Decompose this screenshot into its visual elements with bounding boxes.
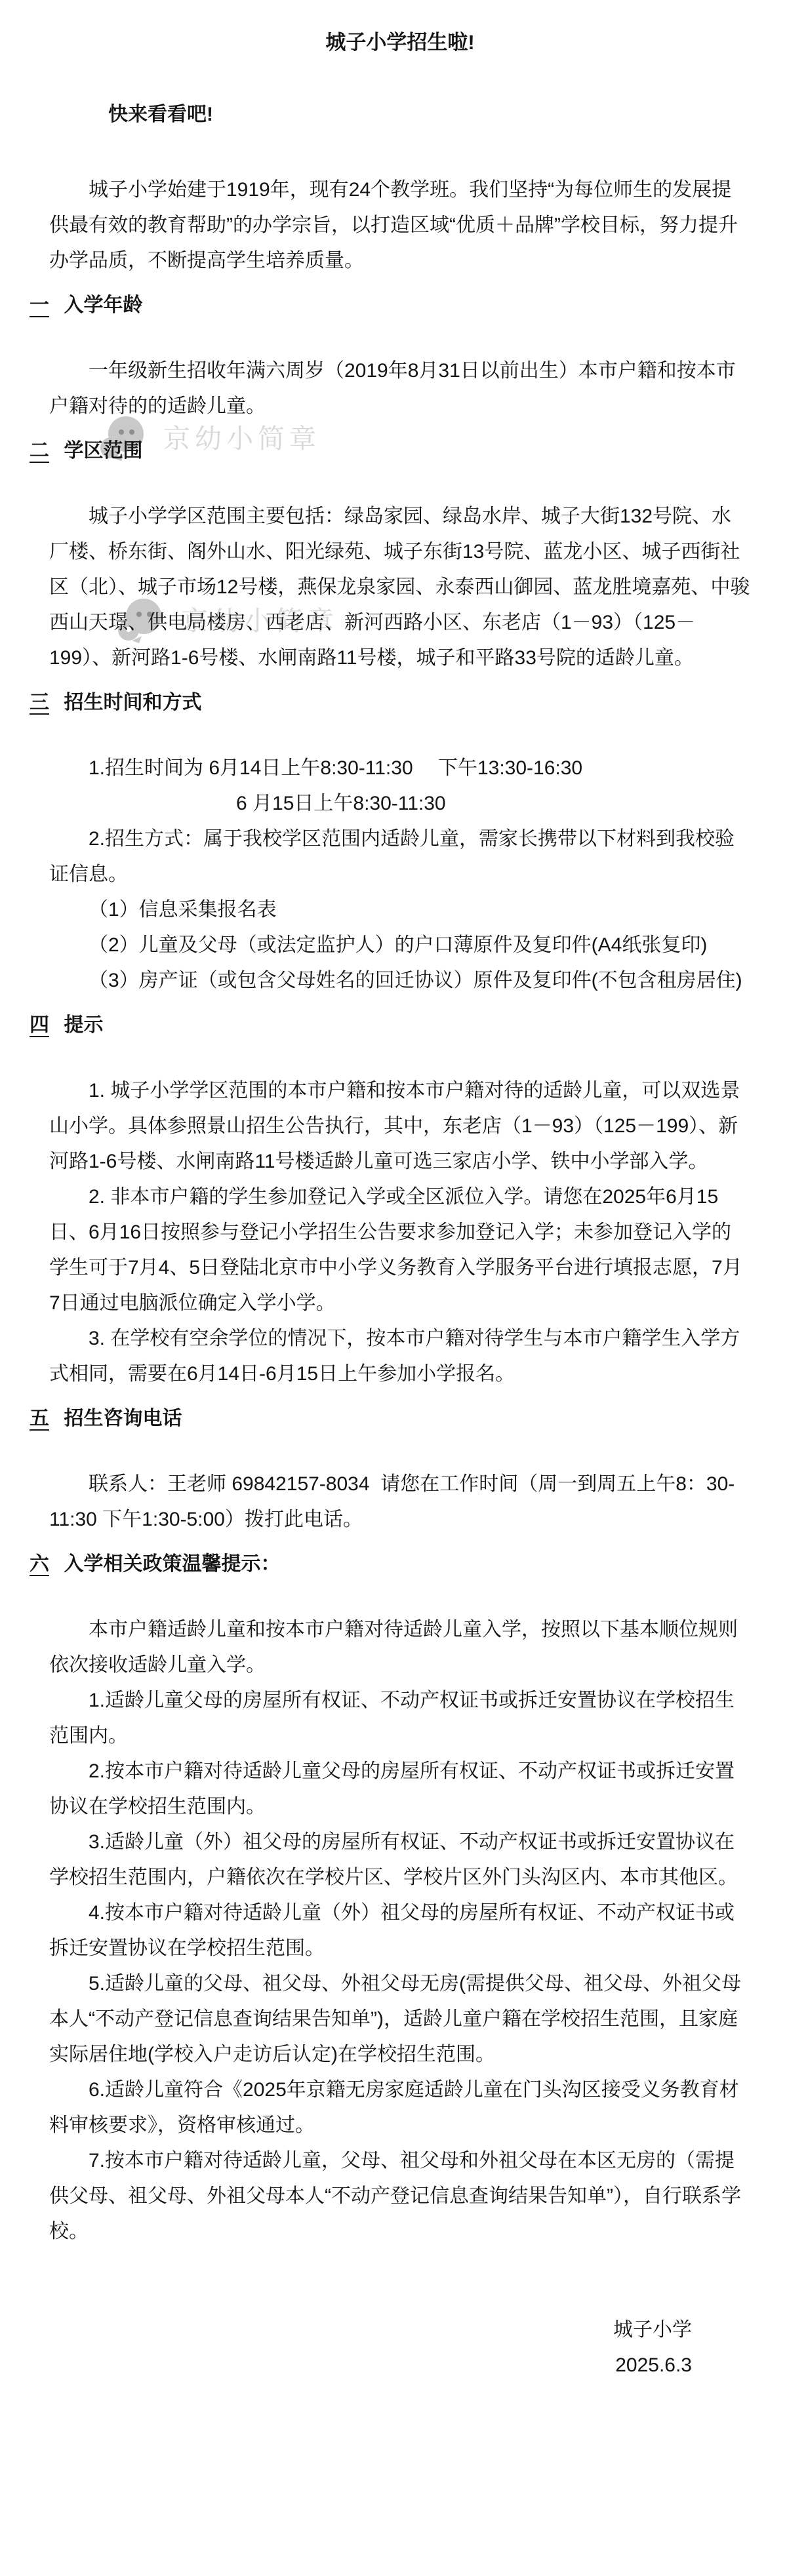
section-2-heading: 京幼小简章 二学区范围 (30, 433, 751, 469)
section-2-body: 城子小学学区范围主要包括：绿岛家园、绿岛水岸、城子大街132号院、水厂楼、桥东街… (49, 499, 751, 676)
section-1-heading: 一入学年龄 (30, 288, 751, 323)
policy-item-4: 4.按本市户籍对待适龄儿童（外）祖父母的房屋所有权证、不动产权证书或拆迁安置协议… (49, 1895, 751, 1966)
policy-item-5: 5.适龄儿童的父母、祖父母、外祖父母无房(需提供父母、祖父母、外祖父母本人“不动… (49, 1966, 751, 2072)
section-5-number: 五 (30, 1408, 49, 1429)
section-3-heading: 三招生时间和方式 (30, 685, 751, 721)
section-6-heading: 六入学相关政策温馨提示： (30, 1547, 751, 1582)
section-1-body: 一年级新生招收年满六周岁（2019年8月31日以前出生）本市户籍和按本市户籍对待… (49, 353, 751, 424)
enrollment-time-line-1: 1.招生时间为 6月14日上午8:30-11:30 下午13:30-16:30 (49, 751, 751, 786)
policy-item-7: 7.按本市户籍对待适龄儿童，父母、祖父母和外祖父母在本区无房的（需提供父母、祖父… (49, 2143, 751, 2249)
page-title: 城子小学招生啦! (49, 25, 751, 60)
section-3-number: 三 (30, 692, 49, 713)
policy-item-3: 3.适龄儿童（外）祖父母的房屋所有权证、不动产权证书或拆迁安置协议在学校招生范围… (49, 1825, 751, 1895)
section-3-title: 招生时间和方式 (64, 692, 202, 713)
tip-item-3: 3. 在学校有空余学位的情况下，按本市户籍对待学生与本市户籍学生入学方式相同，需… (49, 1321, 751, 1392)
announcement-document: 城子小学招生啦! 快来看看吧! 城子小学始建于1919年，现有24个教学班。我们… (0, 0, 787, 2434)
material-item-1: （1）信息采集报名表 (49, 892, 751, 928)
policy-item-6: 6.适龄儿童符合《2025年京籍无房家庭适龄儿童在门头沟区接受义务教育材料审核要… (49, 2072, 751, 2143)
section-2-body-wrap: 京幼小简章 城子小学学区范围主要包括：绿岛家园、绿岛水岸、城子大街132号院、水… (49, 499, 751, 676)
section-6-number: 六 (30, 1553, 49, 1575)
section-2-title: 学区范围 (64, 440, 143, 462)
section-1-title: 入学年龄 (64, 294, 143, 316)
policy-item-2: 2.按本市户籍对待适龄儿童父母的房屋所有权证、不动产权证书或拆迁安置协议在学校招… (49, 1754, 751, 1825)
material-item-2: （2）儿童及父母（或法定监护人）的户口薄原件及复印件(A4纸张复印) (49, 928, 751, 963)
section-2-number: 二 (30, 440, 49, 462)
section-5-heading: 五招生咨询电话 (30, 1401, 751, 1437)
section-6-title: 入学相关政策温馨提示： (64, 1553, 281, 1575)
section-4-title: 提示 (64, 1014, 104, 1036)
contact-info: 联系人：王老师 69842157-8034 请您在工作时间（周一到周五上午8：3… (49, 1467, 751, 1537)
section-4-number: 四 (30, 1014, 49, 1036)
policy-intro: 本市户籍适龄儿童和按本市户籍对待适龄儿童入学，按照以下基本顺位规则依次接收适龄儿… (49, 1612, 751, 1683)
material-item-3: （3）房产证（或包含父母姓名的回迁协议）原件及复印件(不包含租房居住) (49, 963, 751, 999)
greeting-line: 快来看看吧! (49, 97, 751, 132)
section-1-number: 一 (30, 294, 49, 316)
signature-school: 城子小学 (49, 2312, 692, 2348)
policy-item-1: 1.适龄儿童父母的房屋所有权证、不动产权证书或拆迁安置协议在学校招生范围内。 (49, 1683, 751, 1754)
signature-block: 城子小学 2025.6.3 (49, 2312, 751, 2383)
tip-item-1: 1. 城子小学学区范围的本市户籍和按本市户籍对待的适龄儿童，可以双选景山小学。具… (49, 1073, 751, 1179)
enrollment-method: 2.招生方式：属于我校学区范围内适龄儿童，需家长携带以下材料到我校验证信息。 (49, 822, 751, 892)
enrollment-time-line-2: 6 月15日上午8:30-11:30 (49, 786, 751, 822)
section-5-title: 招生咨询电话 (64, 1408, 182, 1429)
signature-date: 2025.6.3 (49, 2348, 692, 2383)
section-4-heading: 四提示 (30, 1008, 751, 1043)
tip-item-2: 2. 非本市户籍的学生参加登记入学或全区派位入学。请您在2025年6月15日、6… (49, 1179, 751, 1321)
intro-paragraph: 城子小学始建于1919年，现有24个教学班。我们坚持“为每位师生的发展提供最有效… (49, 172, 751, 279)
